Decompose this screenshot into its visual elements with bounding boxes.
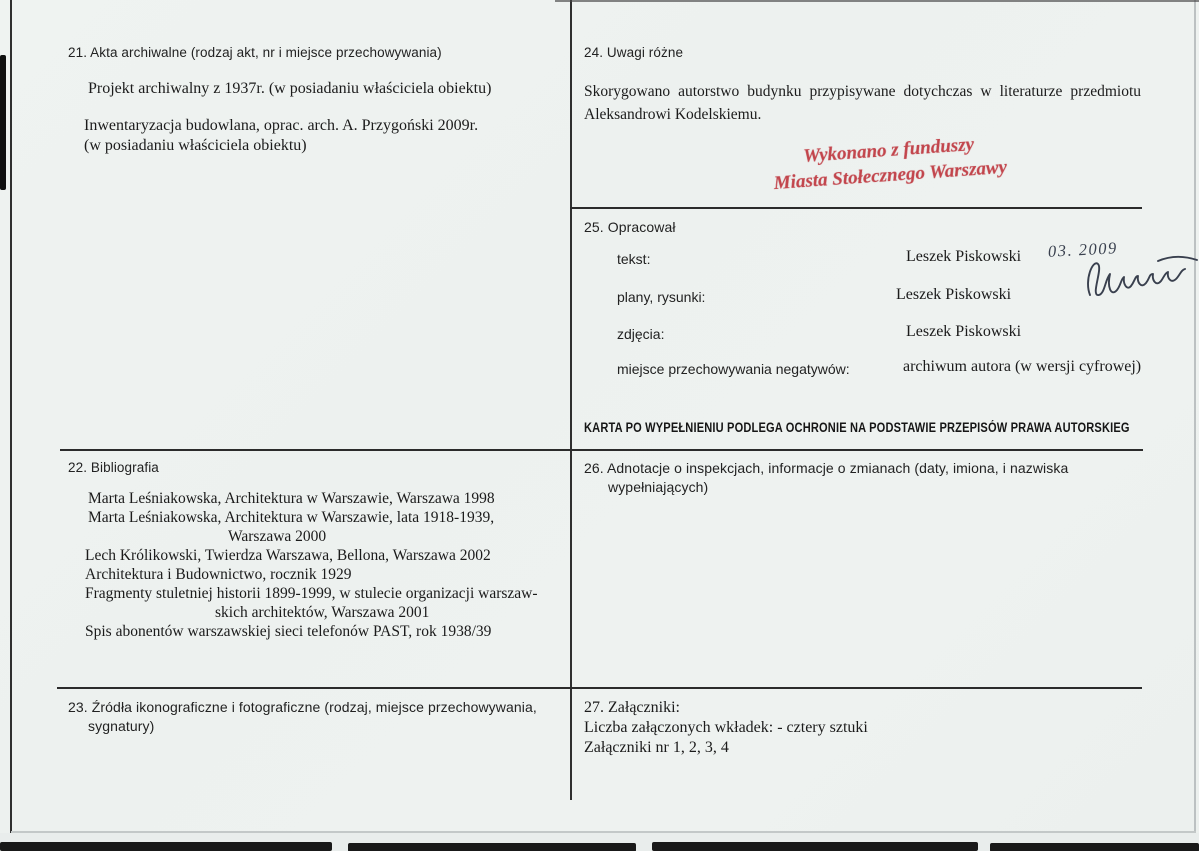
- section-21-header: 21. Akta archiwalne (rodzaj akt, nr i mi…: [68, 45, 442, 60]
- section-25-row-label: zdjęcia:: [617, 326, 664, 342]
- bibliography-entry: Marta Leśniakowska, Architektura w Warsz…: [88, 490, 495, 508]
- top-edge-shadow: [555, 0, 1199, 2]
- funding-stamp: Wykonano z funduszy Miasta Stołecznego W…: [741, 128, 1039, 198]
- section-27-header: 27. Załączniki:: [584, 699, 680, 717]
- scan-artifact-bottom-dash: [652, 842, 978, 851]
- section-21-entry: Inwentaryzacja budowlana, oprac. arch. A…: [84, 117, 478, 135]
- section-23-header-line1: 23. Źródła ikonograficzne i fotograficzn…: [68, 699, 537, 715]
- scan-artifact-left-stripe: [0, 55, 6, 190]
- left-border-line: [10, 0, 12, 833]
- copyright-notice: KARTA PO WYPEŁNIENIU PODLEGA OCHRONIE NA…: [584, 420, 1130, 435]
- bibliography-entry: Spis abonentów warszawskiej sieci telefo…: [85, 623, 491, 641]
- section-25-row-value: Leszek Piskowski: [906, 248, 1021, 266]
- section-22-header: 22. Bibliografia: [68, 460, 159, 475]
- scan-artifact-bottom-dash: [0, 842, 332, 851]
- section-26-header-line1: 26. Adnotacje o inspekcjach, informacje …: [584, 460, 1068, 476]
- bibliography-entry: Lech Królikowski, Twierdza Warszawa, Bel…: [85, 547, 491, 565]
- scan-artifact-bottom-dash: [990, 843, 1199, 851]
- section-24-note: Skorygowano autorstwo budynku przypisywa…: [584, 80, 1141, 126]
- center-divider-line: [570, 0, 572, 800]
- section25-top-line: [570, 207, 1142, 209]
- section-21-entry: (w posiadaniu właściciela obiektu): [84, 137, 307, 155]
- page-right-edge: [1194, 0, 1196, 832]
- section-25-row-value: Leszek Piskowski: [896, 286, 1011, 304]
- bibliography-entry: Fragmenty stuletniej historii 1899-1999,…: [85, 585, 538, 603]
- section-25-row-value: archiwum autora (w wersji cyfrowej): [903, 358, 1141, 376]
- section-23-header-line2: sygnatury): [88, 718, 154, 734]
- section-25-row-label: miejsce przechowywania negatywów:: [617, 361, 850, 377]
- scan-artifact-bottom-dash: [348, 843, 636, 851]
- section-24-header: 24. Uwagi różne: [584, 45, 683, 60]
- section-27-line: Załączniki nr 1, 2, 3, 4: [584, 739, 729, 757]
- bibliography-entry: Architektura i Budownictwo, rocznik 1929: [85, 566, 351, 584]
- bibliography-entry: skich architektów, Warszawa 2001: [215, 604, 429, 622]
- section-25-row-label: plany, rysunki:: [617, 289, 705, 305]
- section-26-header-line2: wypełniających): [608, 479, 708, 495]
- section-25-row-value: Leszek Piskowski: [906, 323, 1021, 341]
- bibliography-entry: Marta Leśniakowska, Architektura w Warsz…: [88, 509, 494, 527]
- scanned-heritage-card-page: 21. Akta archiwalne (rodzaj akt, nr i mi…: [0, 0, 1199, 851]
- middle-row-line: [60, 449, 1143, 451]
- section-27-line: Liczba załączonych wkładek: - cztery szt…: [584, 719, 868, 737]
- section-21-entry: Projekt archiwalny z 1937r. (w posiadani…: [88, 80, 491, 98]
- handwritten-signature: [1082, 250, 1199, 302]
- bottom-row-line: [57, 687, 1142, 689]
- section-25-row-label: tekst:: [617, 251, 650, 267]
- bibliography-entry: Warszawa 2000: [228, 528, 326, 546]
- section-25-header: 25. Opracował: [584, 219, 676, 235]
